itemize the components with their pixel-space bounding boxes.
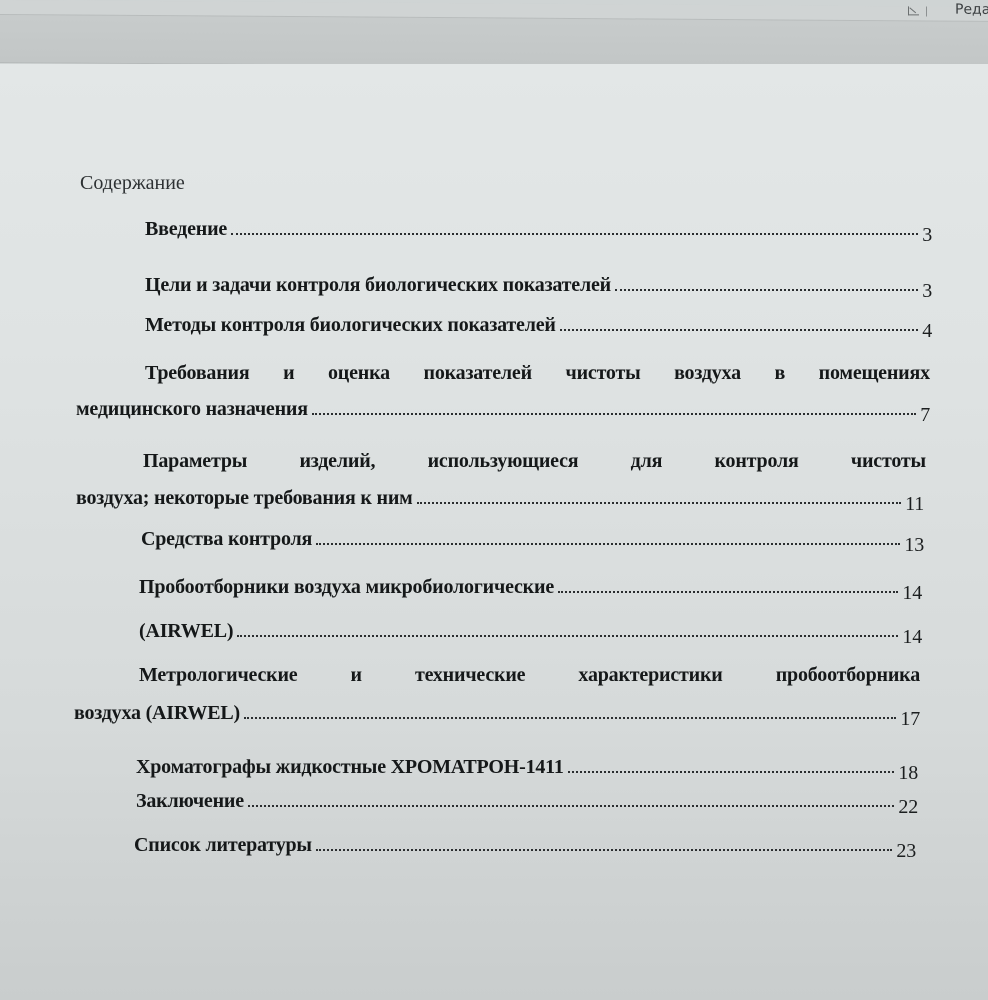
ribbon-separator [926, 6, 927, 16]
dot-leader [316, 542, 900, 545]
toc-entry-text: Пробоотборники воздуха микробиологически… [139, 576, 554, 599]
toc-entry-word: для [631, 450, 663, 473]
dot-leader [316, 848, 893, 851]
toc-entry-text: Введение [145, 218, 227, 241]
toc-entry-text: медицинского назначения [76, 398, 308, 421]
toc-page-number: 11 [905, 493, 924, 516]
toc-page-number: 14 [902, 626, 922, 649]
toc-entry-word: контроля [714, 450, 798, 473]
toc-entry-text: Средства контроля [141, 528, 312, 551]
dot-leader [244, 716, 896, 719]
toc-entry-word: помещениях [819, 362, 930, 385]
toc-entry-word: изделий, [299, 450, 375, 473]
toc-entry-word: использующиеся [428, 450, 579, 473]
toc-page-number: 18 [898, 762, 918, 785]
toc-entry-word: и [351, 664, 362, 687]
dot-leader [568, 770, 895, 773]
dot-leader [237, 634, 898, 637]
dot-leader [417, 501, 902, 504]
dot-leader [231, 232, 918, 235]
dot-leader [558, 590, 898, 593]
toc-entry-word: характеристики [578, 664, 722, 687]
toc-entry-word: воздуха [674, 362, 741, 385]
toc-page-number: 14 [902, 582, 922, 605]
toc-entry-text: Цели и задачи контроля биологических пок… [145, 274, 611, 297]
ribbon-group-editing-label[interactable]: Реда [955, 2, 988, 18]
dot-leader [248, 804, 894, 807]
toc-page-number: 17 [900, 708, 920, 731]
toc-page-number: 22 [898, 796, 918, 819]
toc-entry-word: чистоты [565, 362, 640, 385]
dialog-launcher-icon[interactable] [908, 6, 919, 15]
dot-leader [312, 412, 916, 415]
toc-entry-word: чистоты [851, 450, 926, 473]
toc-entry-word: показателей [424, 362, 532, 385]
dot-leader [560, 328, 918, 331]
toc-page-number: 13 [904, 534, 924, 557]
toc-page-number: 3 [922, 280, 932, 303]
toc-entry-word: оценка [328, 362, 390, 385]
toc-entry-word: Требования [145, 362, 250, 385]
toc-entry-word: Метрологические [139, 664, 297, 687]
toc-entry-text: Заключение [136, 790, 244, 813]
ribbon-group-strip [0, 0, 988, 22]
toc-entry-text: воздуха (AIRWEL) [74, 702, 240, 725]
toc-entry-word: и [283, 362, 294, 385]
dot-leader [615, 288, 918, 291]
toc-page-number: 23 [896, 840, 916, 863]
toc-entry-text: Методы контроля биологических показателе… [145, 314, 556, 337]
toc-entry-text: (AIRWEL) [139, 620, 233, 643]
toc-entry-text: воздуха; некоторые требования к ним [76, 487, 413, 510]
toc-title: Содержание [80, 172, 185, 195]
toc-entry-word: в [774, 362, 785, 385]
ribbon: Реда [0, 0, 988, 70]
toc-entry-word: Параметры [143, 450, 247, 473]
toc-page-number: 4 [922, 320, 932, 343]
toc-page-number: 7 [920, 404, 930, 427]
toc-entry-word: пробоотборника [776, 664, 920, 687]
toc-entry-text: Список литературы [134, 834, 312, 857]
toc-page-number: 3 [922, 224, 932, 247]
toc-entry-text: Хроматографы жидкостные ХРОМАТРОН-1411 [136, 756, 564, 779]
toc-entry-word: технические [415, 664, 525, 687]
